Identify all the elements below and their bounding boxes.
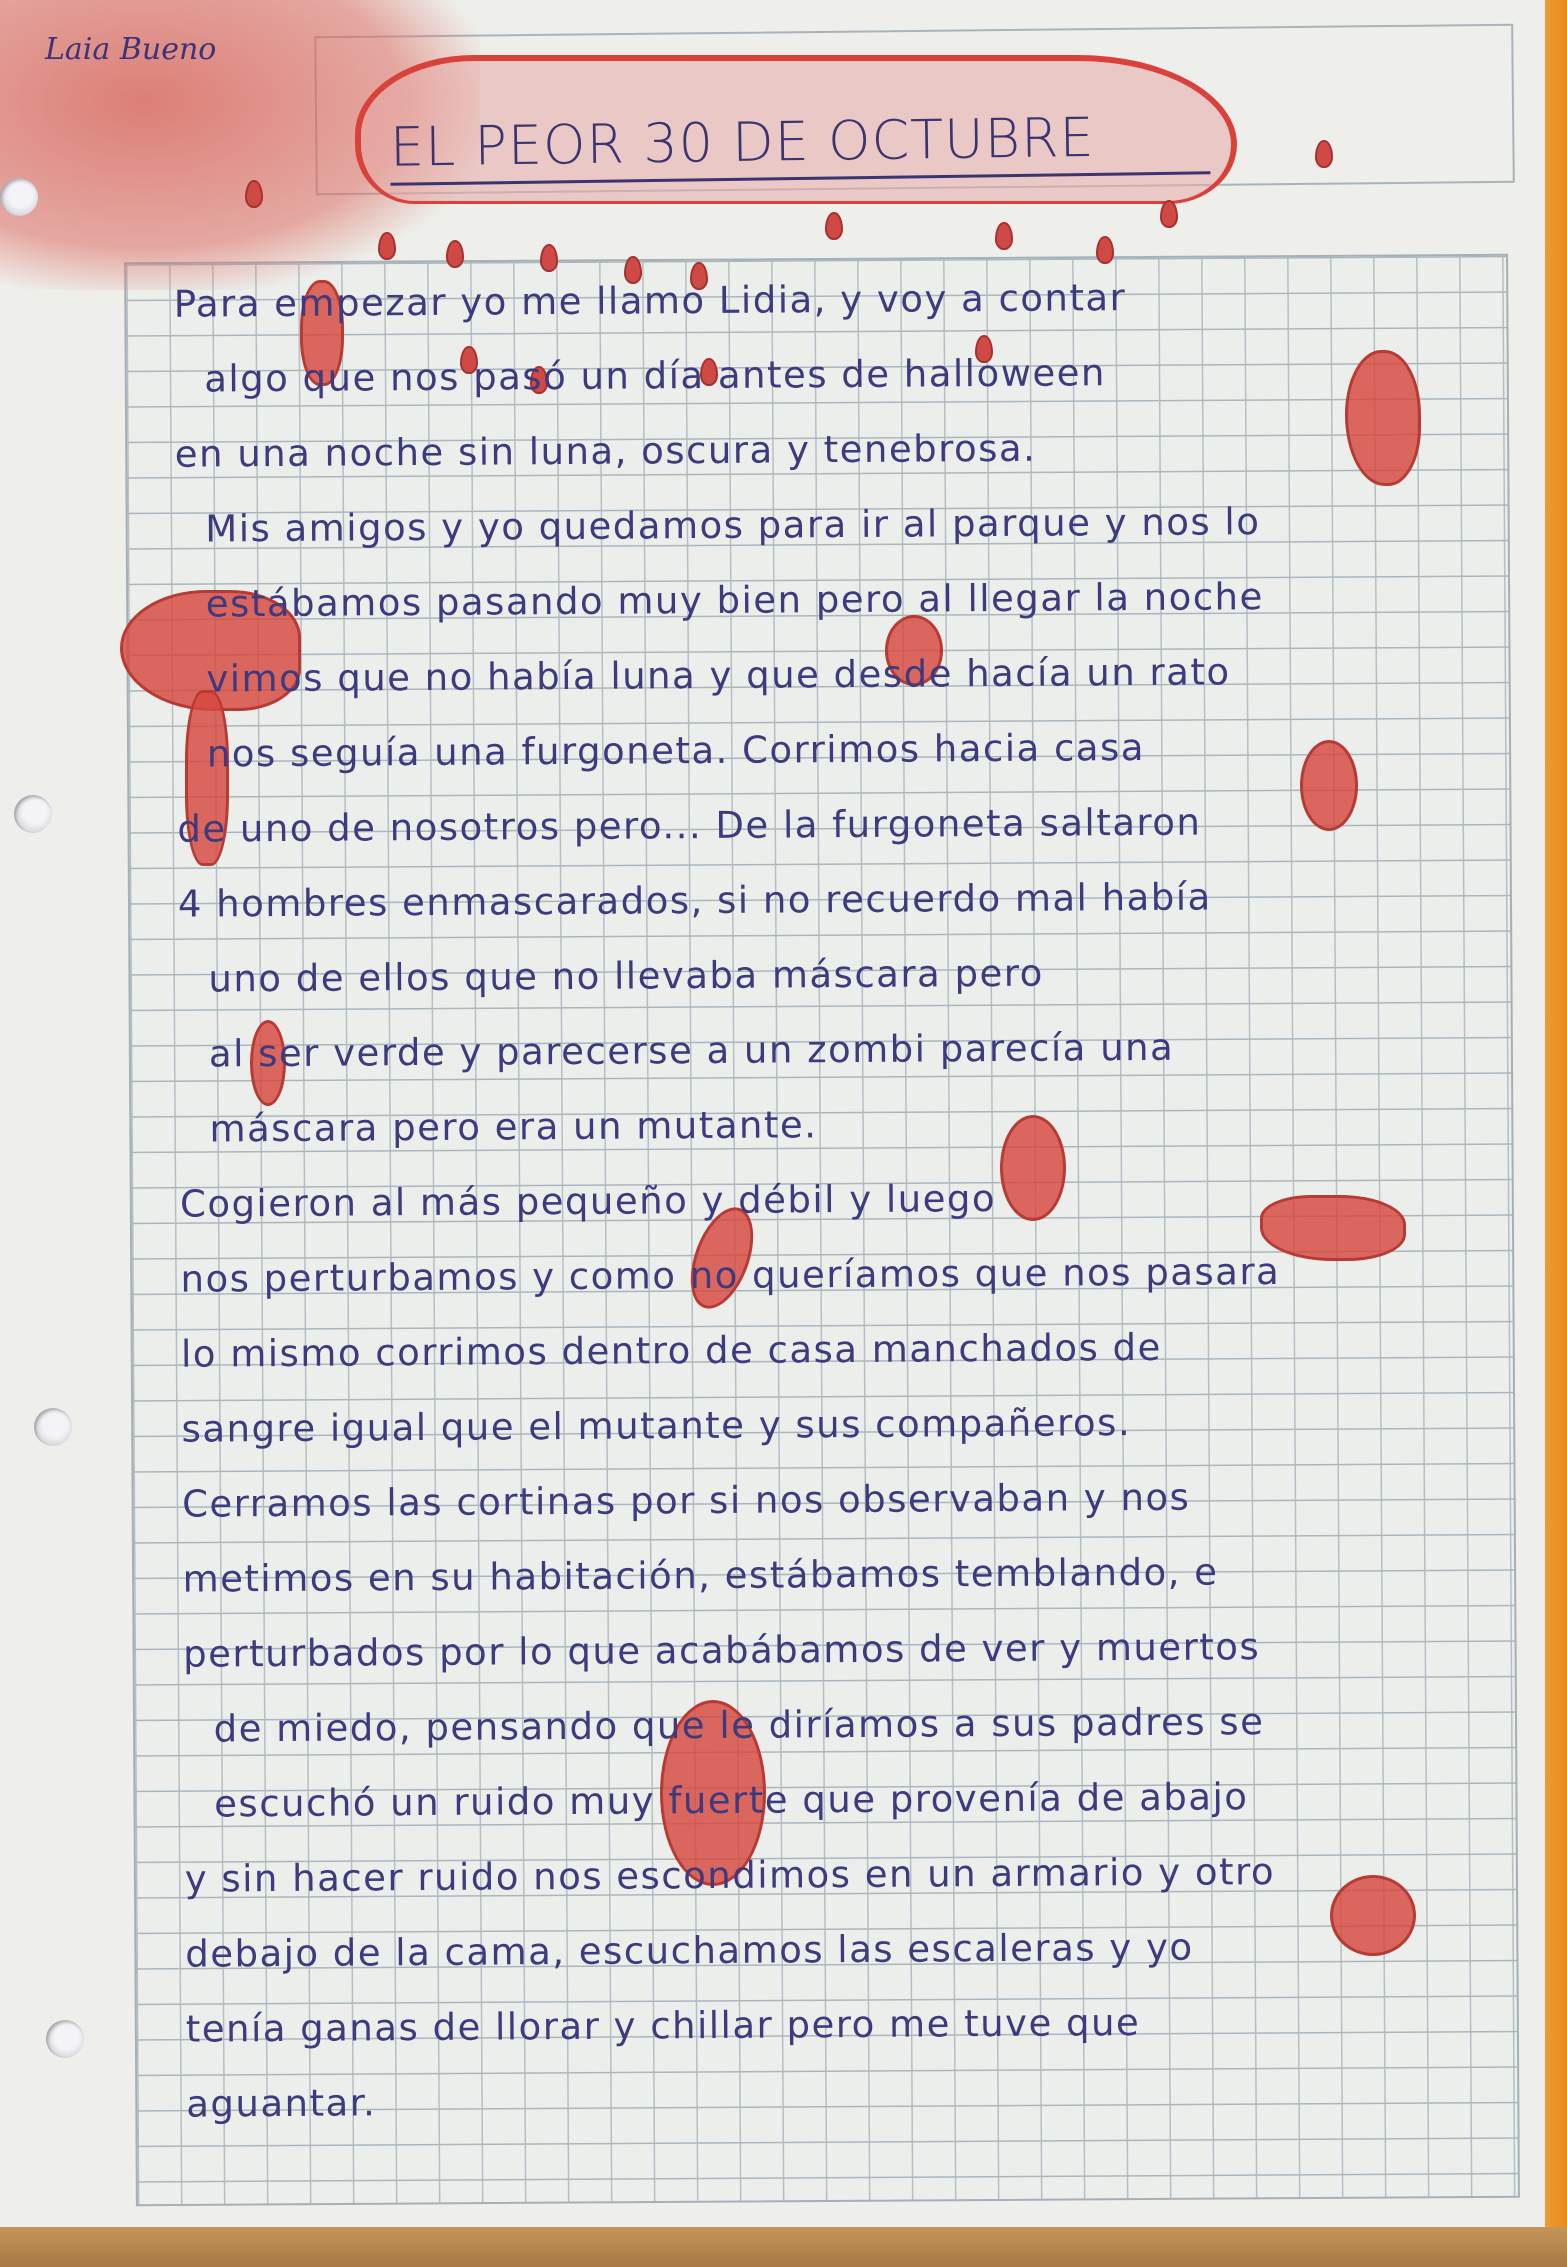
- text-line: lo mismo corrimos dentro de casa manchad…: [181, 1307, 1521, 1391]
- text-line: y sin hacer ruido nos escondimos en un a…: [184, 1832, 1524, 1916]
- story-text: Para empezar yo me llamo Lidia, y voy a …: [173, 257, 1526, 2141]
- text-line: escuchó un ruido muy fuerte que provenía…: [184, 1757, 1524, 1841]
- text-line: aguantar.: [186, 2057, 1526, 2141]
- blood-drop: [995, 222, 1013, 250]
- text-line: vimos que no había luna y que desde hací…: [176, 632, 1516, 716]
- wooden-table-edge: [0, 2227, 1567, 2267]
- blood-drop: [825, 212, 843, 240]
- text-line: de miedo, pensando que le diríamos a sus…: [183, 1682, 1523, 1766]
- text-line: Para empezar yo me llamo Lidia, y voy a …: [173, 257, 1513, 341]
- text-line: uno de ellos que no llevaba máscara pero: [178, 932, 1518, 1016]
- text-line: de uno de nosotros pero... De la furgone…: [177, 782, 1517, 866]
- text-line: en una noche sin luna, oscura y tenebros…: [175, 407, 1515, 491]
- author-name: Laia Bueno: [45, 32, 216, 67]
- text-line: Cogieron al más pequeño y débil y luego: [180, 1157, 1520, 1241]
- text-line: estábamos pasando muy bien pero al llega…: [176, 557, 1516, 641]
- binder-hole: [34, 1408, 72, 1446]
- page-title: EL PEOR 30 DE OCTUBRE: [390, 104, 1211, 185]
- binder-hole: [0, 178, 38, 216]
- binder-hole: [14, 795, 52, 833]
- text-line: Cerramos las cortinas por si nos observa…: [182, 1457, 1522, 1541]
- text-line: al ser verde y parecerse a un zombi pare…: [179, 1007, 1519, 1091]
- text-line: algo que nos pasó un día antes de hallow…: [174, 332, 1514, 416]
- text-line: Mis amigos y yo quedamos para ir al parq…: [175, 482, 1515, 566]
- text-line: perturbados por lo que acabábamos de ver…: [183, 1607, 1523, 1691]
- blood-drop: [245, 180, 263, 208]
- blood-drop: [378, 232, 396, 260]
- text-line: nos perturbamos y como no queríamos que …: [180, 1232, 1520, 1316]
- text-line: máscara pero era un mutante.: [179, 1082, 1519, 1166]
- text-line: 4 hombres enmascarados, si no recuerdo m…: [178, 857, 1518, 941]
- blood-drop: [1315, 140, 1333, 168]
- orange-folder-edge: [1545, 0, 1567, 2267]
- binder-hole: [46, 2020, 84, 2058]
- text-line: tenía ganas de llorar y chillar pero me …: [186, 1982, 1526, 2066]
- notebook-page: Laia Bueno EL PEOR 30 DE OCTUBRE Para em…: [0, 0, 1545, 2230]
- text-line: metimos en su habitación, estábamos temb…: [182, 1532, 1522, 1616]
- text-line: nos seguía una furgoneta. Corrimos hacia…: [177, 707, 1517, 791]
- text-line: sangre igual que el mutante y sus compañ…: [181, 1382, 1521, 1466]
- text-line: debajo de la cama, escuchamos las escale…: [185, 1907, 1525, 1991]
- blood-drop: [1160, 200, 1178, 228]
